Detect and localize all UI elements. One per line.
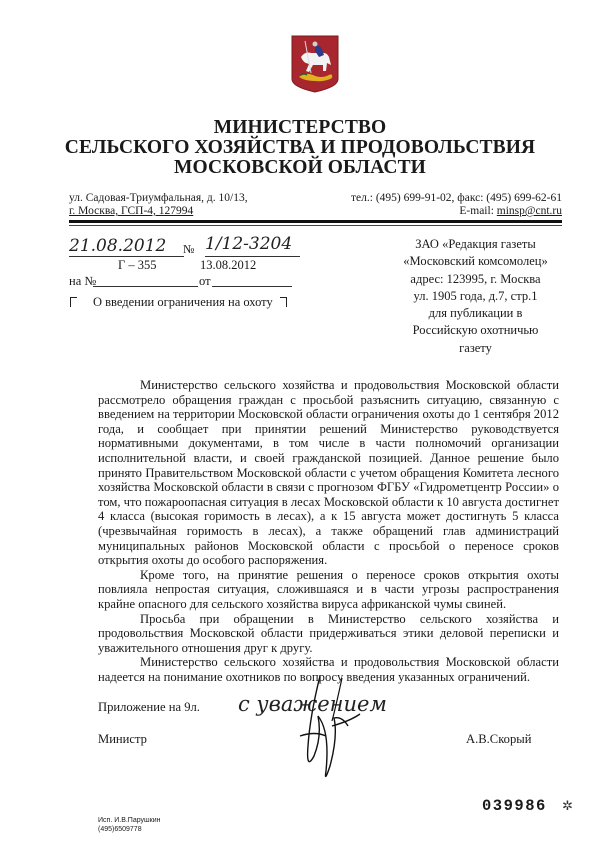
address-line-1: ул. Садовая-Триумфальная, д. 10/13, <box>69 192 248 205</box>
addressee-line: ул. 1905 года, д.7, стр.1 <box>368 288 583 305</box>
reference-code: Г – 355 <box>118 258 156 273</box>
body-paragraph-3: Просьба при обращении в Министерство сел… <box>98 612 559 656</box>
number-underline <box>205 256 300 257</box>
moscow-oblast-coat-of-arms-icon <box>291 35 339 93</box>
letter-subject: О введении ограничения на охоту <box>93 295 273 310</box>
signer-title: Министр <box>98 732 147 747</box>
executor-phone: (495)6509778 <box>98 825 161 834</box>
email-row: E-mail: minsp@cnt.ru <box>351 205 562 218</box>
ministry-address: ул. Садовая-Триумфальная, д. 10/13, г. М… <box>69 192 248 218</box>
subject-bracket-left <box>70 297 77 307</box>
addressee-line: Российскую охотничью <box>368 322 583 339</box>
signer-name: А.В.Скорый <box>466 732 531 747</box>
from-line <box>212 286 292 287</box>
in-reply-to-line <box>93 286 198 287</box>
appendix-note: Приложение на 9л. <box>98 700 200 715</box>
email-label: E-mail: <box>459 205 496 217</box>
addressee-line: адрес: 123995, г. Москва <box>368 271 583 288</box>
address-line-2: г. Москва, ГСП-4, 127994 <box>69 205 248 218</box>
executor-name: Исп. И.В.Парушкин <box>98 816 161 825</box>
serial-number: 039986 <box>482 797 547 815</box>
subject-bracket-right <box>280 297 287 307</box>
addressee-line: для публикации в <box>368 305 583 322</box>
registration-date-handwritten: 21.08.2012 <box>69 236 166 256</box>
date-underline <box>69 256 184 257</box>
addressee-block: ЗАО «Редакция газеты «Московский комсомо… <box>368 236 583 357</box>
body-paragraph-2: Кроме того, на принятие решения о перено… <box>98 568 559 612</box>
title-line-2: СЕЛЬСКОГО ХОЗЯЙСТВА И ПРОДОВОЛЬСТВИЯ <box>0 138 600 158</box>
addressee-line: ЗАО «Редакция газеты <box>368 236 583 253</box>
executor-info: Исп. И.В.Парушкин (495)6509778 <box>98 816 161 834</box>
reference-date: 13.08.2012 <box>200 258 256 273</box>
addressee-line: газету <box>368 340 583 357</box>
ministry-title: МИНИСТЕРСТВО СЕЛЬСКОГО ХОЗЯЙСТВА И ПРОДО… <box>0 118 600 178</box>
ministry-contacts: тел.: (495) 699-91-02, факс: (495) 699-6… <box>351 192 562 218</box>
number-prefix: № <box>183 242 194 257</box>
title-line-1: МИНИСТЕРСТВО <box>0 118 600 138</box>
addressee-line: «Московский комсомолец» <box>368 253 583 270</box>
phone-fax: тел.: (495) 699-91-02, факс: (495) 699-6… <box>351 192 562 205</box>
letter-body: Министерство сельского хозяйства и продо… <box>98 378 559 684</box>
serial-mark-icon: ✲ <box>562 798 573 814</box>
handwritten-signature-icon <box>260 676 380 786</box>
body-paragraph-1: Министерство сельского хозяйства и продо… <box>98 378 559 568</box>
header-rule-thick <box>69 220 562 223</box>
letter-page: МИНИСТЕРСТВО СЕЛЬСКОГО ХОЗЯЙСТВА И ПРОДО… <box>0 0 600 857</box>
registration-number-handwritten: 1/12-3204 <box>205 234 292 254</box>
email-link[interactable]: minsp@cnt.ru <box>497 205 562 217</box>
from-label: от <box>199 274 211 289</box>
header-rule-thin <box>69 225 562 226</box>
title-line-3: МОСКОВСКОЙ ОБЛАСТИ <box>0 158 600 178</box>
